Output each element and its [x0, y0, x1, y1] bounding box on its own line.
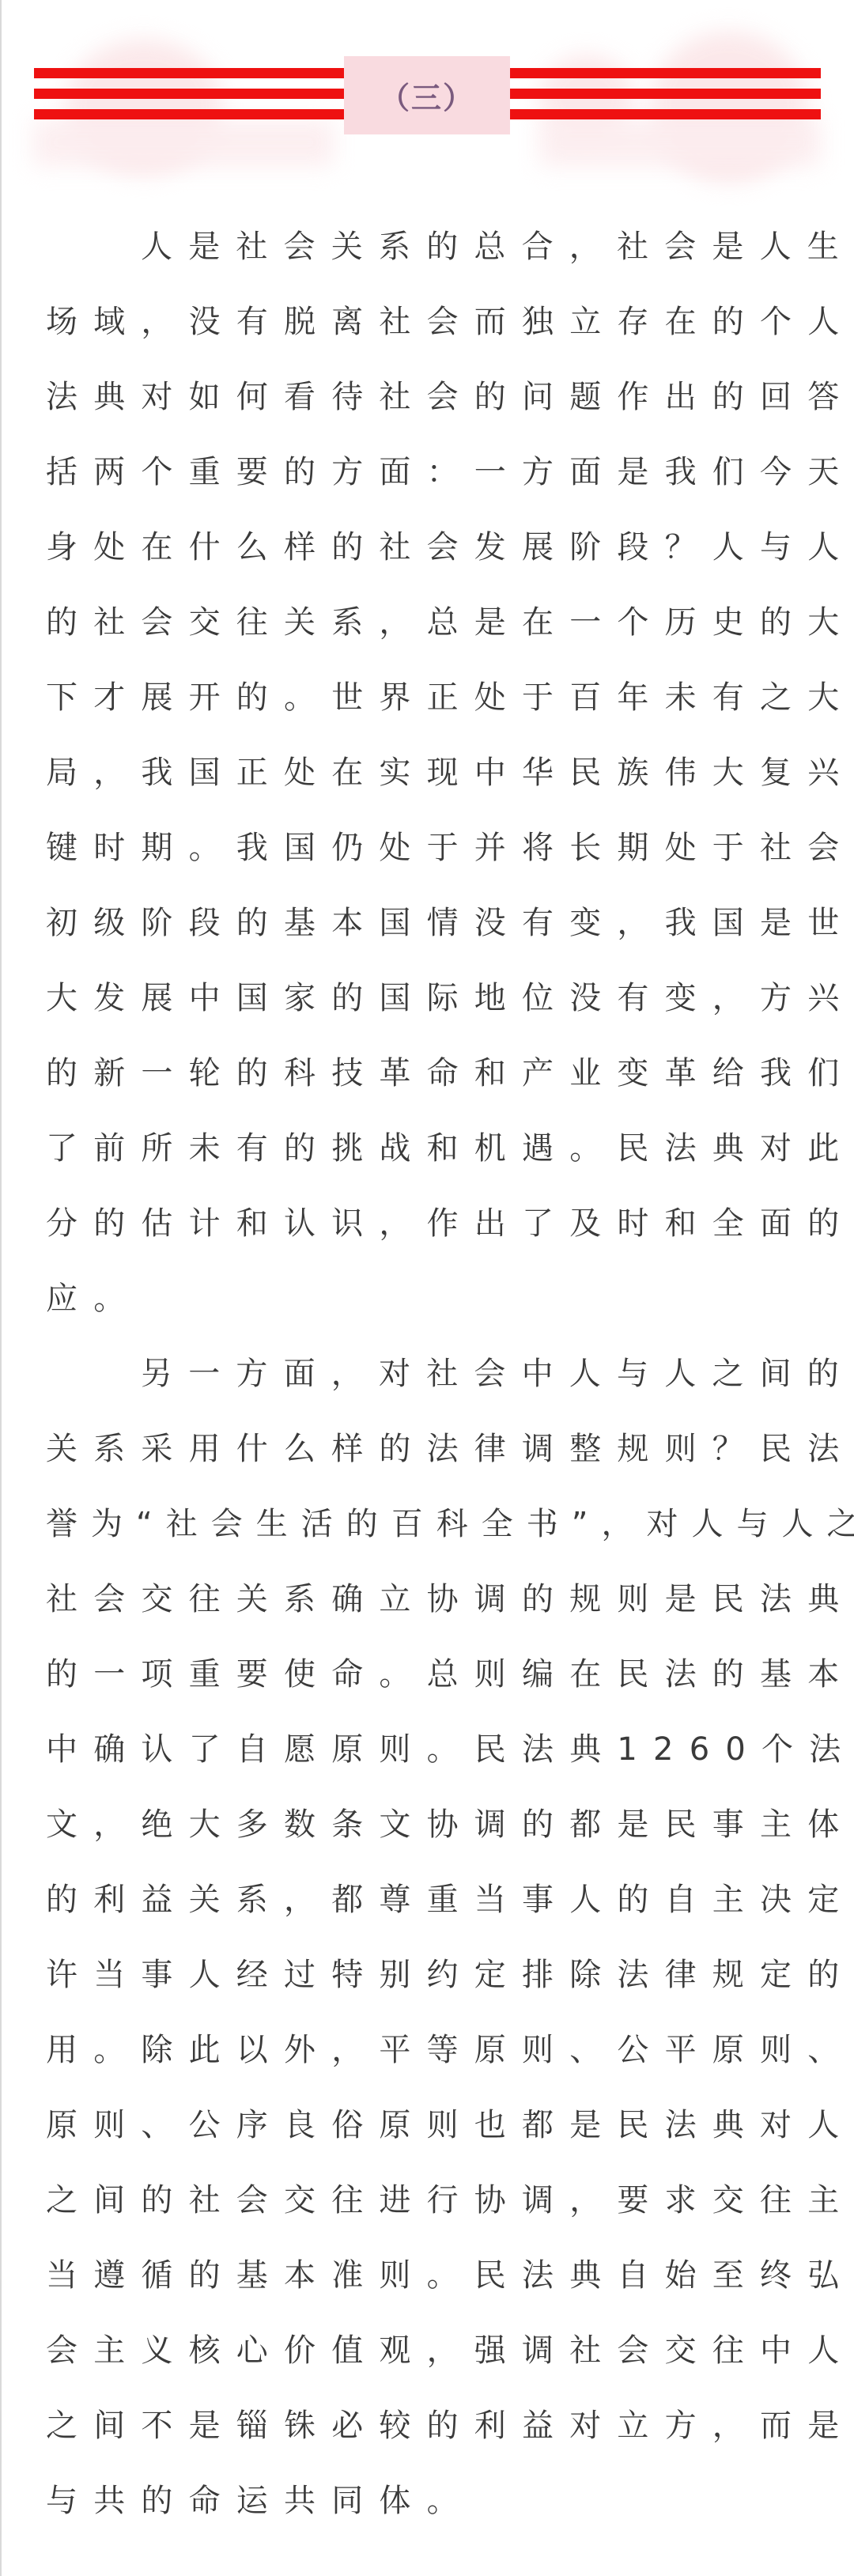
text-line: 誉为“社会生活的百科全书”，对人与人之间的: [46, 1487, 829, 1562]
text-line: 键时期。我国仍处于并将长期处于社会主义: [46, 811, 829, 886]
text-line: 另一方面，对社会中人与人之间的交往: [46, 1337, 829, 1412]
text-line: 的社会交往关系，总是在一个历史的大幕之: [46, 585, 829, 660]
page-left-border: [0, 0, 2, 2576]
text-line: 许当事人经过特别约定排除法律规定的适: [46, 1938, 829, 2013]
text-line: 身处在什么样的社会发展阶段？人与人之间: [46, 510, 829, 585]
text-line: 中确认了自愿原则。民法典1260个法律条: [46, 1712, 829, 1787]
text-line: 初级阶段的基本国情没有变，我国是世界最: [46, 886, 829, 961]
text-line: 用。除此以外，平等原则、公平原则、诚信: [46, 2013, 829, 2088]
red-stripe-right-2: [510, 89, 821, 99]
section-header-banner: （三）: [33, 16, 821, 166]
text-line: 人是社会关系的总合，社会是人生活的: [46, 210, 829, 285]
text-line: 关系采用什么样的法律调整规则？民法典被: [46, 1412, 829, 1487]
paragraph-1: 人是社会关系的总合，社会是人生活的 场域，没有脱离社会而独立存在的个人。民 法典…: [46, 210, 829, 1337]
text-line: 局，我国正处在实现中华民族伟大复兴的关: [46, 736, 829, 811]
red-stripe-left-1: [34, 68, 345, 78]
red-stripe-right-3: [510, 109, 821, 119]
red-stripe-left-2: [34, 89, 345, 99]
article-body: 人是社会关系的总合，社会是人生活的 场域，没有脱离社会而独立存在的个人。民 法典…: [46, 210, 829, 2539]
text-line: 下才展开的。世界正处于百年未有之大变: [46, 660, 829, 736]
text-line: 应。: [46, 1262, 829, 1337]
text-line: 之间不是锱铢必较的利益对立方，而是休戚: [46, 2389, 829, 2464]
text-line: 会主义核心价值观，强调社会交往中人与人: [46, 2313, 829, 2389]
text-line: 文，绝大多数条文协调的都是民事主体之间: [46, 1787, 829, 1863]
section-number-label: （三）: [380, 74, 474, 117]
text-line: 了前所未有的挑战和机遇。民法典对此有充: [46, 1111, 829, 1186]
text-line: 括两个重要的方面：一方面是我们今天究竟: [46, 435, 829, 510]
decorative-blur: [539, 119, 821, 166]
text-line: 与共的命运共同体。: [46, 2464, 829, 2539]
decorative-blur: [33, 119, 334, 166]
text-line: 的利益关系，都尊重当事人的自主决定，允: [46, 1863, 829, 1938]
text-line: 原则、公序良俗原则也都是民法典对人与人: [46, 2088, 829, 2163]
text-line: 之间的社会交往进行协调，要求交往主体应: [46, 2163, 829, 2238]
text-line: 社会交往关系确立协调的规则是民法典承担: [46, 1562, 829, 1637]
text-line: 的一项重要使命。总则编在民法的基本原则: [46, 1637, 829, 1712]
paragraph-2: 另一方面，对社会中人与人之间的交往 关系采用什么样的法律调整规则？民法典被 誉为…: [46, 1337, 829, 2539]
text-line: 的新一轮的科技革命和产业变革给我们带来: [46, 1036, 829, 1111]
text-line: 场域，没有脱离社会而独立存在的个人。民: [46, 285, 829, 360]
red-stripe-left-3: [34, 109, 345, 119]
text-line: 法典对如何看待社会的问题作出的回答，包: [46, 360, 829, 435]
section-number-badge: （三）: [344, 56, 510, 134]
text-line: 大发展中国家的国际地位没有变，方兴未艾: [46, 961, 829, 1036]
text-line: 分的估计和认识，作出了及时和全面的回: [46, 1186, 829, 1262]
text-line: 当遵循的基本准则。民法典自始至终弘扬社: [46, 2238, 829, 2313]
red-stripe-right-1: [510, 68, 821, 78]
